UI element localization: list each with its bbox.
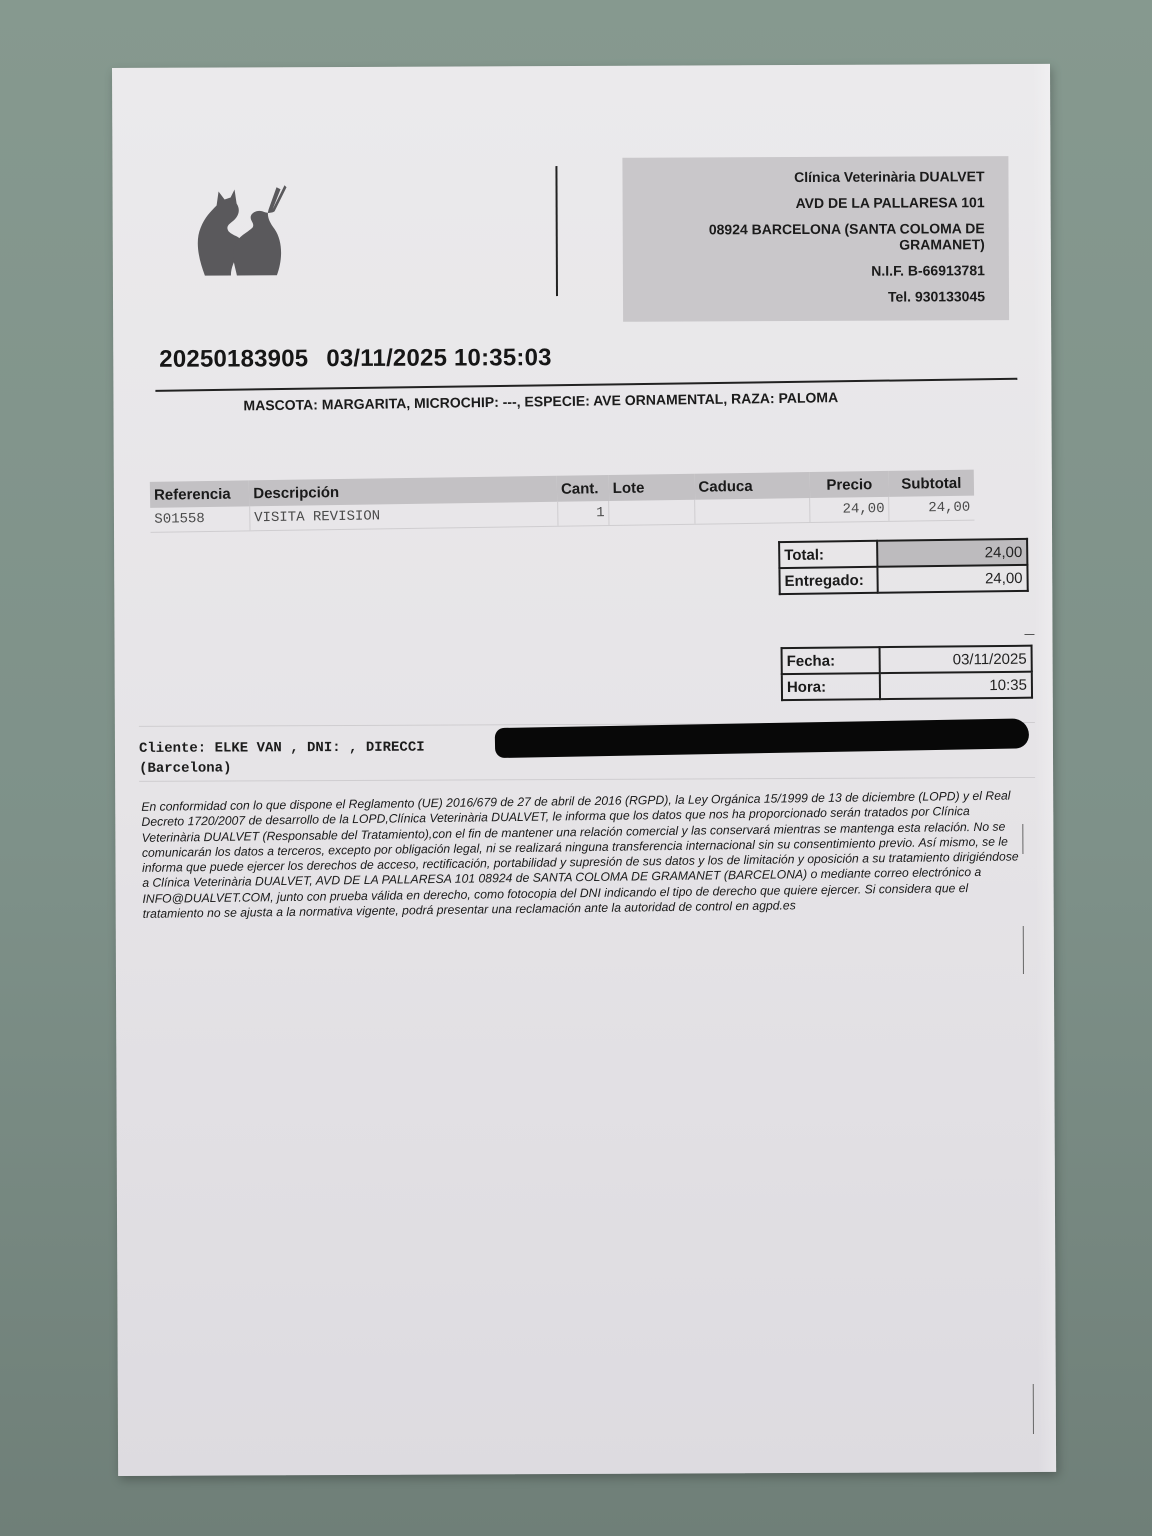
date-box: Fecha: 03/11/2025 Hora: 10:35 xyxy=(781,645,1034,701)
invoice-paper: Clínica Veterinària DUALVET AVD DE LA PA… xyxy=(112,64,1056,1476)
date-label: Fecha: xyxy=(782,647,880,674)
cell-cantidad: 1 xyxy=(557,501,609,526)
invoice-datetime: 03/11/2025 10:35:03 xyxy=(326,344,551,372)
time-value: 10:35 xyxy=(880,672,1032,699)
cell-precio: 24,00 xyxy=(810,497,889,523)
col-referencia: Referencia xyxy=(150,480,250,507)
items-table: Referencia Descripción Cant. Lote Caduca… xyxy=(150,470,975,533)
client-line2: (Barcelona) xyxy=(139,755,1035,779)
total-row: Total: 24,00 xyxy=(779,539,1027,568)
invoice-header: 2025018390503/11/2025 10:35:03 xyxy=(159,344,551,374)
col-precio: Precio xyxy=(810,471,889,498)
col-subtotal: Subtotal xyxy=(889,470,975,497)
col-cantidad: Cant. xyxy=(557,475,609,502)
header-rule xyxy=(155,378,1017,392)
time-row: Hora: 10:35 xyxy=(782,672,1032,700)
clinic-phone: Tel. 930133045 xyxy=(888,288,985,304)
cell-lote xyxy=(609,500,695,526)
delivered-value: 24,00 xyxy=(877,565,1027,593)
delivered-row: Entregado: 24,00 xyxy=(779,565,1027,594)
date-value: 03/11/2025 xyxy=(880,646,1032,673)
delivered-label: Entregado: xyxy=(779,567,877,594)
header-divider xyxy=(555,166,558,296)
cell-referencia: S01558 xyxy=(150,506,250,532)
totals-box: Total: 24,00 Entregado: 24,00 xyxy=(778,538,1029,595)
total-label: Total: xyxy=(779,541,877,568)
cell-descripcion: VISITA REVISION xyxy=(249,502,557,531)
edge-mark xyxy=(1022,824,1023,854)
cell-subtotal: 24,00 xyxy=(889,496,975,522)
clinic-address-line1: AVD DE LA PALLARESA 101 xyxy=(796,194,985,211)
clinic-name: Clínica Veterinària DUALVET xyxy=(794,168,984,185)
edge-tick xyxy=(1024,634,1034,635)
col-lote: Lote xyxy=(609,474,695,501)
total-value: 24,00 xyxy=(877,539,1027,567)
edge-mark xyxy=(1023,926,1024,974)
invoice-number: 20250183905 xyxy=(159,345,308,373)
edge-mark xyxy=(1033,1384,1034,1434)
cat-and-rabbit-logo-icon xyxy=(190,179,290,279)
time-label: Hora: xyxy=(782,673,880,700)
cell-caduca xyxy=(695,498,811,524)
clinic-nif: N.I.F. B-66913781 xyxy=(871,262,985,278)
privacy-notice: En conformidad con lo que dispone el Reg… xyxy=(141,788,1023,922)
date-row: Fecha: 03/11/2025 xyxy=(782,646,1032,674)
col-caduca: Caduca xyxy=(694,472,810,500)
clinic-address-line2: 08924 BARCELONA (SANTA COLOMA DE GRAMANE… xyxy=(655,220,985,253)
clinic-info-box: Clínica Veterinària DUALVET AVD DE LA PA… xyxy=(622,156,1009,322)
pet-info: MASCOTA: MARGARITA, MICROCHIP: ---, ESPE… xyxy=(243,389,838,413)
